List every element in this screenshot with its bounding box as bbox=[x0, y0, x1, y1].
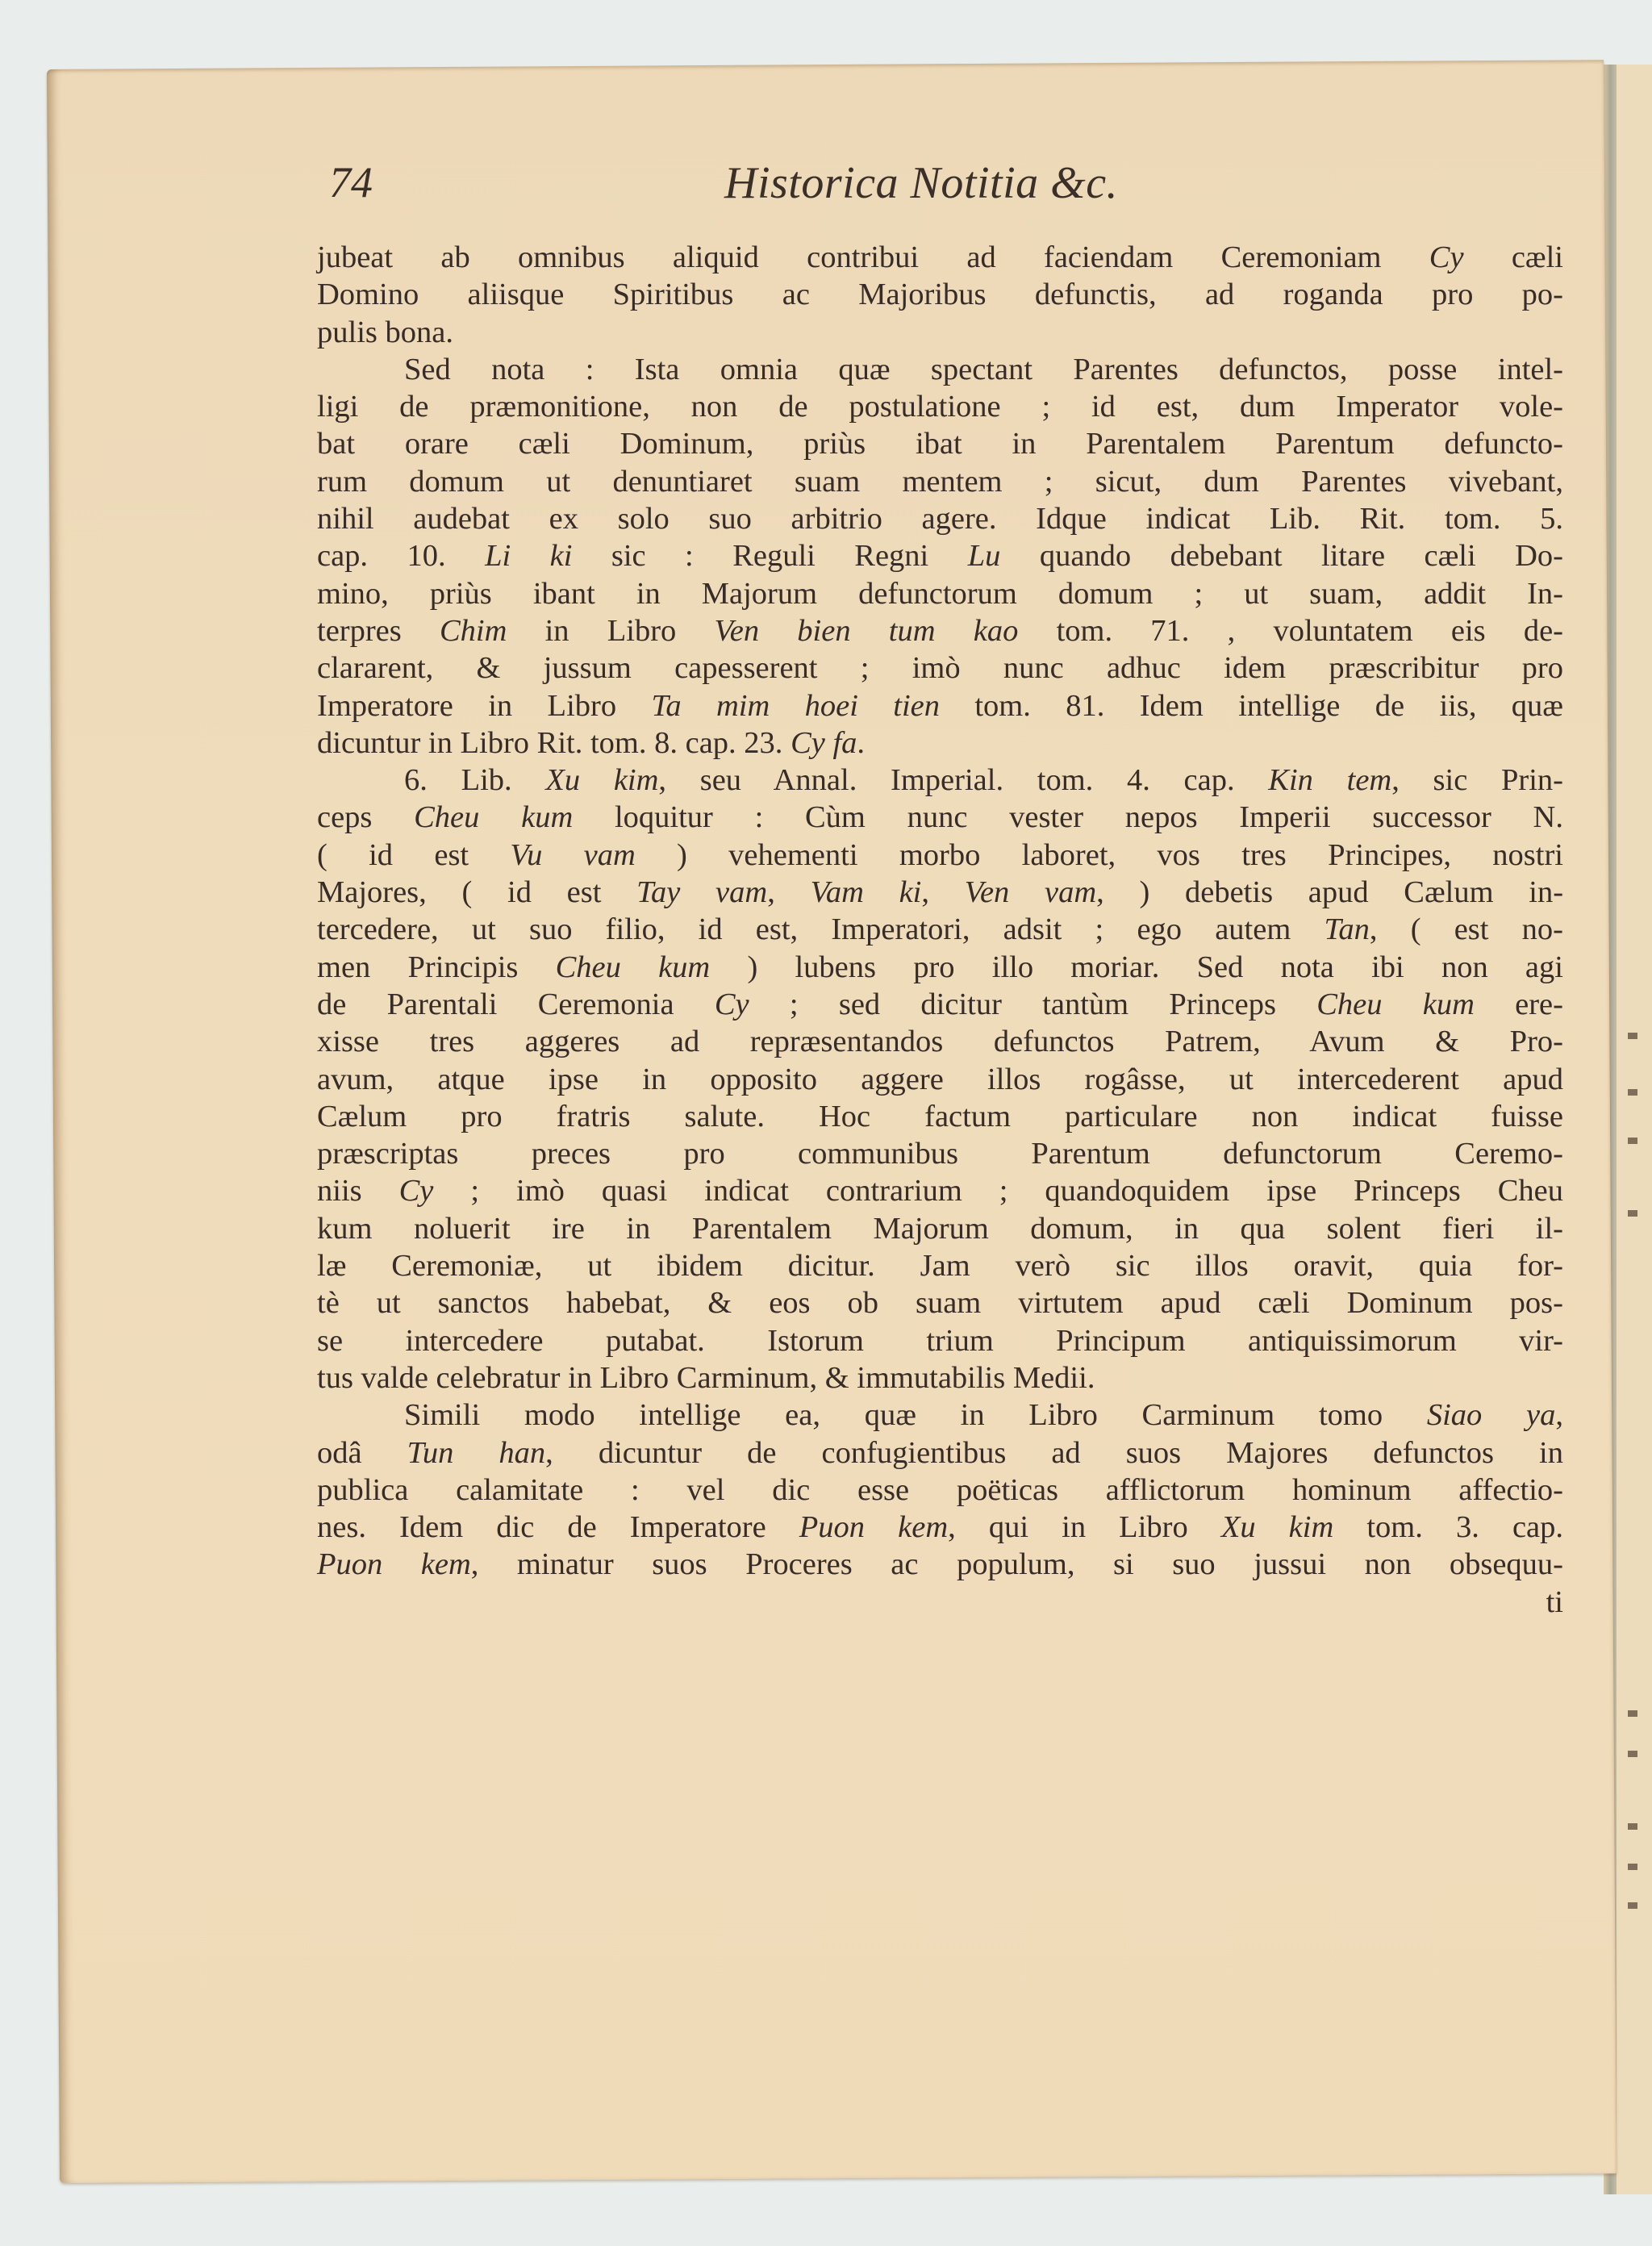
facing-page-ink-mark bbox=[1628, 1751, 1637, 1757]
text-line: ligi de præmonitione, non de postulation… bbox=[317, 388, 1563, 425]
text-line: publica calamitate : vel dic esse poëtic… bbox=[317, 1472, 1563, 1509]
text-line: ceps Cheu kum loquitur : Cùm nunc vester… bbox=[317, 799, 1563, 836]
text-line: Domino aliisque Spiritibus ac Majoribus … bbox=[317, 276, 1563, 313]
text-line: ( id est Vu vam ) vehementi morbo labore… bbox=[317, 837, 1563, 874]
text-line: Imperatore in Libro Ta mim hoei tien tom… bbox=[317, 687, 1563, 724]
text-line: ti bbox=[317, 1584, 1563, 1621]
facing-page-ink-mark bbox=[1628, 1033, 1637, 1039]
text-line: cap. 10. Li ki sic : Reguli Regni Lu qua… bbox=[317, 537, 1563, 574]
text-line: odâ Tun han, dicuntur de confugientibus … bbox=[317, 1434, 1563, 1472]
text-line: Sed nota : Ista omnia quæ spectant Paren… bbox=[317, 351, 1563, 388]
text-line: tercedere, ut suo filio, id est, Imperat… bbox=[317, 911, 1563, 948]
text-line: Puon kem, minatur suos Proceres ac popul… bbox=[317, 1546, 1563, 1583]
text-line: mino, priùs ibant in Majorum defunctorum… bbox=[317, 575, 1563, 612]
text-line: nes. Idem dic de Imperatore Puon kem, qu… bbox=[317, 1509, 1563, 1546]
text-line: nihil audebat ex solo suo arbitrio agere… bbox=[317, 500, 1563, 537]
facing-page-ink-mark bbox=[1628, 1864, 1637, 1870]
text-line: de Parentali Ceremonia Cy ; sed dicitur … bbox=[317, 986, 1563, 1023]
text-line: dicuntur in Libro Rit. tom. 8. cap. 23. … bbox=[317, 724, 1563, 762]
page-header: 74 Historica Notitia &c. bbox=[329, 157, 1555, 214]
text-line: tus valde celebratur in Libro Carminum, … bbox=[317, 1359, 1563, 1396]
body-text: jubeat ab omnibus aliquid contribui ad f… bbox=[317, 239, 1563, 1621]
text-line: bat orare cæli Dominum, priùs ibat in Pa… bbox=[317, 425, 1563, 462]
facing-page-ink-mark bbox=[1628, 1089, 1637, 1096]
text-line: se intercedere putabat. Istorum trium Pr… bbox=[317, 1322, 1563, 1359]
text-line: avum, atque ipse in opposito aggere illo… bbox=[317, 1061, 1563, 1098]
facing-page-edge bbox=[1617, 65, 1652, 2194]
facing-page-ink-mark bbox=[1628, 1210, 1637, 1217]
text-line: jubeat ab omnibus aliquid contribui ad f… bbox=[317, 239, 1563, 276]
running-title: Historica Notitia &c. bbox=[724, 157, 1118, 209]
text-line: præscriptas preces pro communibus Parent… bbox=[317, 1135, 1563, 1172]
text-line: pulis bona. bbox=[317, 314, 1563, 351]
text-line: Majores, ( id est Tay vam, Vam ki, Ven v… bbox=[317, 874, 1563, 911]
text-line: Simili modo intellige ea, quæ in Libro C… bbox=[317, 1396, 1563, 1434]
text-line: terpres Chim in Libro Ven bien tum kao t… bbox=[317, 612, 1563, 649]
text-line: men Principis Cheu kum ) lubens pro illo… bbox=[317, 949, 1563, 986]
text-line: niis Cy ; imò quasi indicat contrarium ;… bbox=[317, 1172, 1563, 1209]
text-line: læ Ceremoniæ, ut ibidem dicitur. Jam ver… bbox=[317, 1247, 1563, 1284]
text-line: Cælum pro fratris salute. Hoc factum par… bbox=[317, 1098, 1563, 1135]
text-line: kum noluerit ire in Parentalem Majorum d… bbox=[317, 1210, 1563, 1247]
facing-page-ink-mark bbox=[1628, 1710, 1637, 1717]
text-line: 6. Lib. Xu kim, seu Annal. Imperial. tom… bbox=[317, 762, 1563, 799]
facing-page-ink-mark bbox=[1628, 1823, 1637, 1830]
text-line: tè ut sanctos habebat, & eos ob suam vir… bbox=[317, 1284, 1563, 1321]
facing-page-ink-mark bbox=[1628, 1902, 1637, 1909]
text-line: xisse tres aggeres ad repræsentandos def… bbox=[317, 1023, 1563, 1060]
page-number: 74 bbox=[329, 157, 373, 207]
text-line: clararent, & jussum capesserent ; imò nu… bbox=[317, 649, 1563, 687]
facing-page-ink-mark bbox=[1628, 1138, 1637, 1144]
text-line: rum domum ut denuntiaret suam mentem ; s… bbox=[317, 463, 1563, 500]
